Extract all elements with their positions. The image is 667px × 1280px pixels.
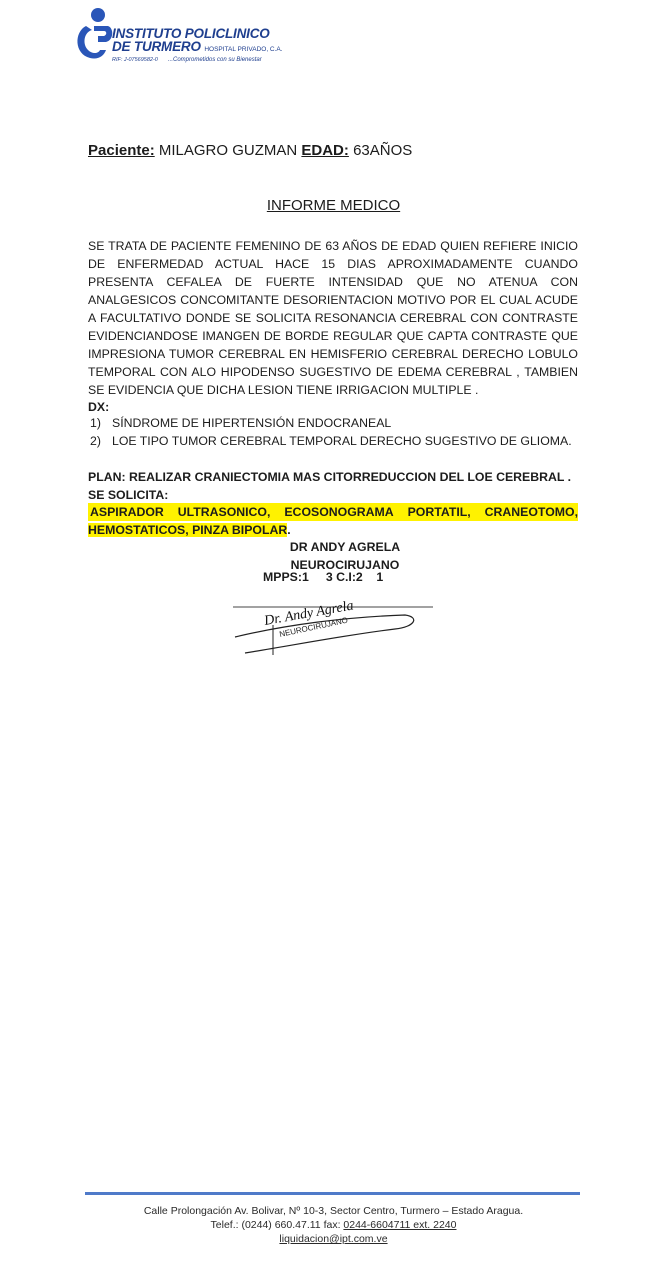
- requested-item: CRANEOTOMO,: [485, 503, 578, 521]
- doctor-info: DR ANDY AGRELA NEUROCIRUJANO: [240, 538, 450, 574]
- footer-divider: [85, 1192, 580, 1195]
- footer-contact: Calle Prolongación Av. Bolivar, Nº 10-3,…: [0, 1204, 667, 1246]
- plan-text: PLAN: REALIZAR CRANIECTOMIA MAS CITORRED…: [88, 468, 588, 486]
- diagnosis-number: 1): [90, 414, 112, 432]
- institute-rif: RIF: J-07569582-0: [112, 57, 158, 63]
- requested-item: ULTRASONICO,: [178, 503, 271, 521]
- requested-item: ASPIRADOR: [90, 503, 164, 521]
- doctor-name: DR ANDY AGRELA: [240, 538, 450, 556]
- diagnosis-item: 1) SÍNDROME DE HIPERTENSIÓN ENDOCRANEAL: [90, 414, 572, 432]
- diagnosis-text: LOE TIPO TUMOR CEREBRAL TEMPORAL DERECHO…: [112, 432, 572, 450]
- institute-subtitle: HOSPITAL PRIVADO, C.A.: [204, 46, 282, 53]
- period: .: [287, 523, 290, 537]
- footer-address: Calle Prolongación Av. Bolivar, Nº 10-3,…: [0, 1204, 667, 1218]
- diagnosis-item: 2) LOE TIPO TUMOR CEREBRAL TEMPORAL DERE…: [90, 432, 572, 450]
- signature-stamp-icon: Dr. Andy Agrela NEUROCIRUJANO: [225, 595, 440, 660]
- patient-info: Paciente: MILAGRO GUZMAN EDAD: 63AÑOS: [88, 142, 412, 159]
- patient-age: 63AÑOS: [353, 142, 412, 159]
- footer-fax: 0244-6604711 ext. 2240: [343, 1219, 456, 1231]
- requested-items-line1: ASPIRADOR ULTRASONICO, ECOSONOGRAMA PORT…: [88, 503, 578, 521]
- footer-email-link[interactable]: liquidacion@ipt.com.ve: [279, 1233, 387, 1245]
- footer-phone: Telef.: (0244) 660.47.11 fax:: [211, 1219, 344, 1231]
- diagnosis-number: 2): [90, 432, 112, 450]
- report-title: INFORME MEDICO: [0, 197, 667, 214]
- diagnosis-list: 1) SÍNDROME DE HIPERTENSIÓN ENDOCRANEAL …: [90, 414, 572, 450]
- request-label: SE SOLICITA:: [88, 486, 588, 504]
- doctor-registration: MPPS:1 3 C.I:2 1: [263, 570, 383, 584]
- institute-name-line2: DE TURMERO: [112, 39, 201, 54]
- institute-motto: ...Comprometidos con su Bienestar: [168, 57, 262, 63]
- patient-name: MILAGRO GUZMAN: [159, 142, 297, 159]
- patient-label: Paciente:: [88, 142, 155, 159]
- requested-item: PORTATIL,: [408, 503, 471, 521]
- report-body: SE TRATA DE PACIENTE FEMENINO DE 63 AÑOS…: [88, 237, 578, 399]
- requested-items: ASPIRADOR ULTRASONICO, ECOSONOGRAMA PORT…: [88, 503, 578, 539]
- requested-items-line2: HEMOSTATICOS, PINZA BIPOLAR: [88, 523, 287, 537]
- treatment-plan: PLAN: REALIZAR CRANIECTOMIA MAS CITORRED…: [88, 468, 588, 504]
- diagnosis-text: SÍNDROME DE HIPERTENSIÓN ENDOCRANEAL: [112, 414, 391, 432]
- requested-item: ECOSONOGRAMA: [284, 503, 393, 521]
- institute-name: INSTITUTO POLICLINICO DE TURMERO HOSPITA…: [112, 27, 283, 56]
- age-label: EDAD:: [301, 142, 349, 159]
